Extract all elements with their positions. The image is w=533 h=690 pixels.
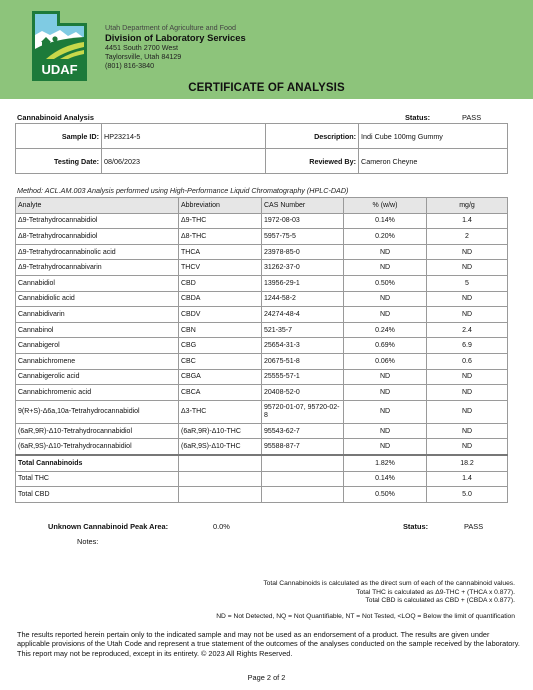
table-cell: Total CBD (16, 487, 179, 503)
table-row: CannabidiolCBD13956-29-10.50%5 (16, 275, 508, 291)
calculation-notes: Total Cannabinoids is calculated as the … (263, 580, 515, 606)
table-cell: ND (427, 423, 508, 439)
division-name: Division of Laboratory Services (105, 32, 246, 43)
table-cell: ND (427, 307, 508, 323)
totals-row: Total THC0.14%1.4 (16, 471, 508, 487)
table-cell: 1972-08-03 (262, 213, 344, 229)
calc-note: Total THC is calculated as Δ9-THC + (THC… (263, 589, 515, 598)
table-row: CannabigerolCBG25654-31-30.69%6.9 (16, 338, 508, 354)
table-cell: ND (427, 291, 508, 307)
peak-area-label: Unknown Cannabinoid Peak Area: (48, 522, 168, 531)
address-line-2: Taylorsville, Utah 84129 (105, 52, 246, 61)
calc-note: Total CBD is calculated as CBD + (CBDA x… (263, 597, 515, 606)
status-label: Status: (405, 113, 430, 122)
table-row: (6aR,9R)-Δ10-Tetrahydrocannabidiol(6aR,9… (16, 423, 508, 439)
sample-id-value: HP23214-5 (102, 124, 266, 149)
column-header: % (w/w) (344, 198, 427, 214)
table-row: Cannabichromenic acidCBCA20408-52-0NDND (16, 385, 508, 401)
table-cell: 0.6 (427, 353, 508, 369)
table-cell: Cannabidiol (16, 275, 179, 291)
table-cell: Δ9-Tetrahydrocannabinolic acid (16, 244, 179, 260)
table-row: (6aR,9S)-Δ10-Tetrahydrocannabidiol(6aR,9… (16, 439, 508, 455)
testing-date-label: Testing Date: (16, 149, 102, 174)
table-cell: ND (344, 439, 427, 455)
table-cell: 95588-87-7 (262, 439, 344, 455)
table-cell: (6aR,9S)-Δ10-Tetrahydrocannabidiol (16, 439, 179, 455)
table-cell: CBCA (179, 385, 262, 401)
organization-info: Utah Department of Agriculture and Food … (105, 23, 246, 70)
table-cell: Cannabichromenic acid (16, 385, 179, 401)
table-cell: Cannabinol (16, 322, 179, 338)
table-cell (262, 471, 344, 487)
table-cell: 6.9 (427, 338, 508, 354)
svg-text:UDAF: UDAF (41, 62, 77, 77)
table-row: Cannabigerolic acidCBGA25555-57-1NDND (16, 369, 508, 385)
address-line-1: 4451 South 2700 West (105, 43, 246, 52)
results-table: AnalyteAbbreviationCAS Number% (w/w)mg/g… (15, 197, 508, 503)
table-cell: 5957-75-5 (262, 229, 344, 245)
table-cell: 20675-51-8 (262, 353, 344, 369)
table-cell: CBGA (179, 369, 262, 385)
table-cell: ND (344, 400, 427, 423)
table-cell (179, 471, 262, 487)
reviewed-by-value: Cameron Cheyne (359, 149, 508, 174)
table-row: CannabinolCBN521-35-70.24%2.4 (16, 322, 508, 338)
phone-number: (801) 816-3840 (105, 61, 246, 70)
table-row: Cannabidiolic acidCBDA1244-58-2NDND (16, 291, 508, 307)
udaf-logo-icon: UDAF (32, 11, 87, 81)
table-cell: 1.82% (344, 455, 427, 471)
description-value: Indi Cube 100mg Gummy (359, 124, 508, 149)
table-cell: 0.24% (344, 322, 427, 338)
table-cell: ND (427, 400, 508, 423)
table-cell: 1.4 (427, 213, 508, 229)
table-row: Δ8-TetrahydrocannabidiolΔ8-THC5957-75-50… (16, 229, 508, 245)
table-cell: 95543-62-7 (262, 423, 344, 439)
sample-id-label: Sample ID: (16, 124, 102, 149)
table-cell: 2.4 (427, 322, 508, 338)
table-cell: 0.69% (344, 338, 427, 354)
table-cell: Δ9-Tetrahydrocannabidiol (16, 213, 179, 229)
table-row: Δ9-TetrahydrocannabivarinTHCV31262-37-0N… (16, 260, 508, 276)
table-cell: CBD (179, 275, 262, 291)
table-cell: 95720-01-07, 95720-02-8 (262, 400, 344, 423)
table-cell: Δ9-THC (179, 213, 262, 229)
table-cell: 0.50% (344, 275, 427, 291)
table-cell: 0.06% (344, 353, 427, 369)
table-cell: Δ3-THC (179, 400, 262, 423)
reviewed-by-label: Reviewed By: (266, 149, 359, 174)
status-badge: PASS (462, 113, 481, 122)
table-cell: 18.2 (427, 455, 508, 471)
table-cell: 0.14% (344, 213, 427, 229)
page-number: Page 2 of 2 (0, 673, 533, 682)
column-header: mg/g (427, 198, 508, 214)
table-cell: ND (344, 369, 427, 385)
description-label: Description: (266, 124, 359, 149)
table-cell: 521-35-7 (262, 322, 344, 338)
table-cell: (6aR,9S)-Δ10-THC (179, 439, 262, 455)
table-cell: ND (427, 244, 508, 260)
table-cell: 1.4 (427, 471, 508, 487)
table-cell: 0.50% (344, 487, 427, 503)
peak-area-value: 0.0% (213, 522, 230, 531)
header-banner: UDAF Utah Department of Agriculture and … (0, 0, 533, 99)
column-header: Analyte (16, 198, 179, 214)
table-cell: Δ8-THC (179, 229, 262, 245)
method-description: Method: ACL.AM.003 Analysis performed us… (17, 186, 348, 195)
table-row: CannabidivarinCBDV24274-48-4NDND (16, 307, 508, 323)
department-name: Utah Department of Agriculture and Food (105, 23, 246, 32)
sample-info-table: Sample ID: HP23214-5 Description: Indi C… (15, 123, 508, 174)
table-cell: ND (427, 385, 508, 401)
disclaimer: The results reported herein pertain only… (17, 630, 522, 658)
table-cell: ND (344, 307, 427, 323)
results-body: Δ9-TetrahydrocannabidiolΔ9-THC1972-08-03… (16, 213, 508, 502)
table-cell: 25555-57-1 (262, 369, 344, 385)
table-cell (262, 455, 344, 471)
table-cell: CBG (179, 338, 262, 354)
table-cell: ND (344, 385, 427, 401)
abbreviation-legend: ND = Not Detected, NQ = Not Quantifiable… (216, 613, 515, 620)
totals-row: Total CBD0.50%5.0 (16, 487, 508, 503)
table-row: Δ9-TetrahydrocannabidiolΔ9-THC1972-08-03… (16, 213, 508, 229)
table-cell: CBC (179, 353, 262, 369)
table-cell: 9(R+S)-Δ6a,10a-Tetrahydrocannabidiol (16, 400, 179, 423)
table-cell: 24274-48-4 (262, 307, 344, 323)
table-cell: Δ9-Tetrahydrocannabivarin (16, 260, 179, 276)
table-cell: ND (427, 369, 508, 385)
column-header: Abbreviation (179, 198, 262, 214)
table-row: 9(R+S)-Δ6a,10a-TetrahydrocannabidiolΔ3-T… (16, 400, 508, 423)
table-cell: 23978-85-0 (262, 244, 344, 260)
table-cell: Cannabigerol (16, 338, 179, 354)
table-cell: Cannabidivarin (16, 307, 179, 323)
column-header: CAS Number (262, 198, 344, 214)
results-header-row: AnalyteAbbreviationCAS Number% (w/w)mg/g (16, 198, 508, 214)
table-cell: Cannabidiolic acid (16, 291, 179, 307)
totals-row: Total Cannabinoids1.82%18.2 (16, 455, 508, 471)
table-cell: 25654-31-3 (262, 338, 344, 354)
table-cell: ND (427, 439, 508, 455)
table-cell: Cannabigerolic acid (16, 369, 179, 385)
table-cell (262, 487, 344, 503)
table-cell: ND (427, 260, 508, 276)
table-cell: (6aR,9R)-Δ10-THC (179, 423, 262, 439)
table-cell: THCV (179, 260, 262, 276)
table-cell: 1244-58-2 (262, 291, 344, 307)
table-cell: Total THC (16, 471, 179, 487)
table-cell (179, 455, 262, 471)
table-row: CannabichromeneCBC20675-51-80.06%0.6 (16, 353, 508, 369)
summary-status-badge: PASS (464, 522, 483, 531)
table-cell: 5 (427, 275, 508, 291)
table-cell: CBDA (179, 291, 262, 307)
table-cell: ND (344, 423, 427, 439)
notes-label: Notes: (77, 537, 98, 546)
table-cell (179, 487, 262, 503)
table-cell: 5.0 (427, 487, 508, 503)
calc-note: Total Cannabinoids is calculated as the … (263, 580, 515, 589)
summary-status-label: Status: (403, 522, 428, 531)
table-cell: Total Cannabinoids (16, 455, 179, 471)
table-cell: ND (344, 244, 427, 260)
table-cell: ND (344, 260, 427, 276)
section-title: Cannabinoid Analysis (17, 113, 94, 122)
table-cell: ND (344, 291, 427, 307)
table-cell: 13956-29-1 (262, 275, 344, 291)
table-cell: CBN (179, 322, 262, 338)
table-cell: Δ8-Tetrahydrocannabidiol (16, 229, 179, 245)
table-cell: CBDV (179, 307, 262, 323)
table-cell: 0.20% (344, 229, 427, 245)
table-cell: THCA (179, 244, 262, 260)
table-cell: 20408-52-0 (262, 385, 344, 401)
table-cell: Cannabichromene (16, 353, 179, 369)
table-cell: (6aR,9R)-Δ10-Tetrahydrocannabidiol (16, 423, 179, 439)
info-row: Sample ID: HP23214-5 Description: Indi C… (16, 124, 508, 149)
document-title: CERTIFICATE OF ANALYSIS (0, 82, 533, 94)
table-row: Δ9-Tetrahydrocannabinolic acidTHCA23978-… (16, 244, 508, 260)
table-cell: 0.14% (344, 471, 427, 487)
table-cell: 31262-37-0 (262, 260, 344, 276)
testing-date-value: 08/06/2023 (102, 149, 266, 174)
table-cell: 2 (427, 229, 508, 245)
info-row: Testing Date: 08/06/2023 Reviewed By: Ca… (16, 149, 508, 174)
